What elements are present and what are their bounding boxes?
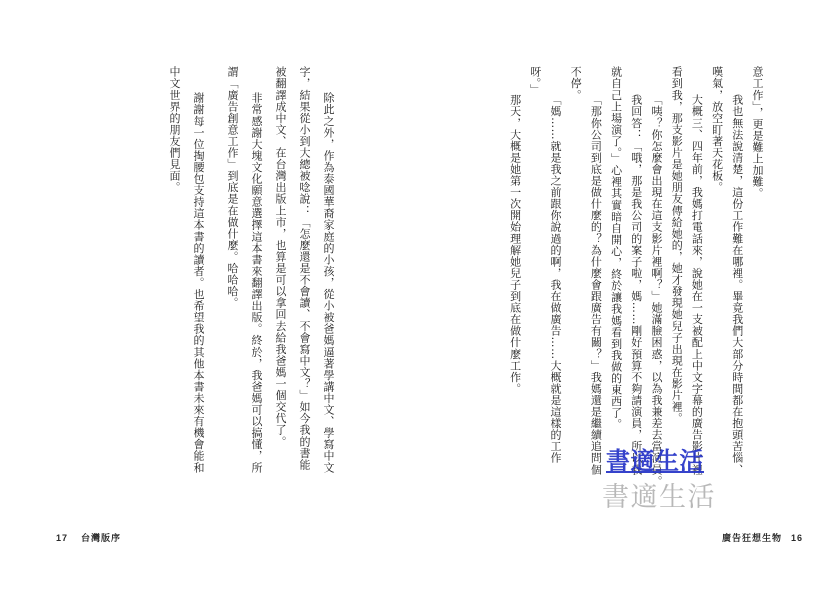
text-column: 那天，大概是她第一次開始理解她兒子到底在做什麼工作。	[504, 66, 524, 476]
text-column: 我回答：「哦，那是我公司的案子啦，媽……剛好預算不夠請演員，所以我	[626, 66, 646, 476]
text-column: 嘆氣，放空盯著天花板。	[706, 66, 726, 476]
text-column: 謂「廣告創意工作」到底是在做什麼。哈哈哈。	[220, 66, 244, 476]
left-page-footer: 17 台灣版序	[56, 531, 121, 544]
book-spread: 意工作」，更是難上加難。 我也無法說清楚，這份工作難在哪裡。畢竟我們大部分時間都…	[0, 0, 839, 595]
watermark-text: 書適生活	[602, 475, 716, 514]
text-column: 字，結果從小到大總被唸說：「怎麼還是不會讀、不會寫中文？」如今我的書能	[292, 66, 316, 476]
text-column: 「那你公司到底是做什麼的？為什麼會跟廣告有關？」我媽還是繼續追問個	[585, 66, 605, 476]
text-column: 非常感謝大塊文化願意選擇這本書來翻譯出版。終於，我爸媽可以搞懂，所	[244, 66, 268, 476]
text-column: 「咦？你怎麼會出現在這支影片裡啊？」她滿臉困惑，以為我兼差去當演員。	[646, 66, 666, 476]
page-number: 17	[56, 533, 68, 543]
text-column: 被翻譯成中文、在台灣出版上市，也算是可以拿回去給我爸媽一個交代了。	[268, 66, 292, 476]
right-page-footer: 廣告狂想生物 16	[722, 531, 803, 544]
text-column: 謝謝每一位掏腰包支持這本書的讀者。也希望我的其他本書未來有機會能和	[186, 66, 210, 476]
text-column: 除此之外，作為泰國華裔家庭的小孩，從小被爸媽逼著學講中文、學寫中文	[316, 66, 340, 476]
text-column: 「媽……就是我之前跟你說過的啊，我在做廣告……大概就是這樣的工作	[545, 66, 565, 476]
text-column: 中文世界的朋友們見面。	[162, 66, 186, 476]
text-column: 呀。」	[525, 66, 545, 476]
text-column: 大概三、四年前，我媽打電話來，說她在一支被配上中文字幕的廣告影片裡	[686, 66, 706, 476]
book-title: 廣告狂想生物	[722, 531, 782, 544]
page-number: 16	[791, 533, 803, 543]
right-page-text: 意工作」，更是難上加難。 我也無法說清楚，這份工作難在哪裡。畢竟我們大部分時間都…	[504, 66, 767, 476]
text-column: 意工作」，更是難上加難。	[747, 66, 767, 476]
text-column: 看到我，那支影片是她朋友傳給她的，她才發現她兒子出現在影片裡。	[666, 66, 686, 476]
text-column: 我也無法說清楚，這份工作難在哪裡。畢竟我們大部分時間都在抱頭苦惱、	[727, 66, 747, 476]
text-column: 就自己上場演了。」心裡其實暗自開心，終於讓我媽看到我做的東西了。	[605, 66, 625, 476]
section-title: 台灣版序	[81, 531, 121, 544]
left-page-text: 除此之外，作為泰國華裔家庭的小孩，從小被爸媽逼著學講中文、學寫中文 字，結果從小…	[162, 66, 340, 476]
text-column: 不停。	[565, 66, 585, 476]
watermark-link[interactable]: 書適生活	[606, 441, 704, 476]
